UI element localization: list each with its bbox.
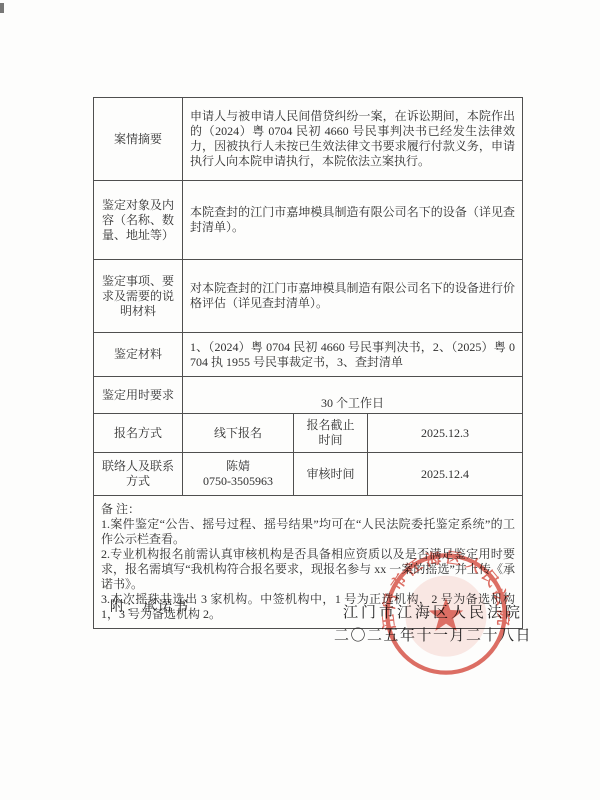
registration-method-value: 线下报名 [183,414,294,453]
contact-name: 陈婧 [190,459,286,474]
note-item-2: 2.专业机构报名前需认真审核机构是否具备相应资质以及是否满足鉴定用时要求，报名需… [101,547,515,592]
attachment-note: 附：承诺书 [110,596,190,616]
issue-date: 二〇二五年十一月二十八日 [288,624,578,648]
duration-label: 鉴定用时要求 [94,377,183,414]
appraisal-target-value: 本院查封的江门市嘉坤模具制造有限公司名下的设备（详见查封清单）。 [183,181,523,260]
case-summary-label: 案情摘要 [94,98,183,181]
note-item-1: 1.案件鉴定“公告、摇号过程、摇号结果”均可在“人民法院委托鉴定系统”的工作公示… [101,517,515,547]
notes-title: 备 注： [101,502,515,517]
appraisal-matters-value: 对本院查封的江门市嘉坤模具制造有限公司名下的设备进行价格评估（详见查封清单）。 [183,260,523,333]
contact-label: 联络人及联系方式 [94,453,183,496]
table-row: 联络人及联系方式 陈婧 0750-3505963 审核时间 2025.12.4 [94,453,523,496]
review-time-label: 审核时间 [294,453,368,496]
table-row: 鉴定用时要求 30 个工作日 [94,377,523,414]
table-row: 鉴定对象及内容（名称、数量、地址等） 本院查封的江门市嘉坤模具制造有限公司名下的… [94,181,523,260]
case-summary-value: 申请人与被申请人民间借贷纠纷一案，在诉讼期间，本院作出的（2024）粤 0704… [183,98,523,181]
table-row: 鉴定事项、要求及需要的说明材料 对本院查封的江门市嘉坤模具制造有限公司名下的设备… [94,260,523,333]
registration-deadline-label: 报名截止时间 [294,414,368,453]
duration-value: 30 个工作日 [183,377,523,414]
scanned-document-page: 案情摘要 申请人与被申请人民间借贷纠纷一案，在诉讼期间，本院作出的（2024）粤… [0,0,600,800]
scan-edge-artifact [0,3,4,13]
appraisal-notice-table: 案情摘要 申请人与被申请人民间借贷纠纷一案，在诉讼期间，本院作出的（2024）粤… [93,97,523,629]
contact-phone: 0750-3505963 [190,474,286,489]
table-row: 案情摘要 申请人与被申请人民间借贷纠纷一案，在诉讼期间，本院作出的（2024）粤… [94,98,523,181]
table-row: 鉴定材料 1、（2024）粤 0704 民初 4660 号民事判决书，2、（20… [94,333,523,377]
registration-method-label: 报名方式 [94,414,183,453]
signature-block: 江门市江海区人民法院 二〇二五年十一月二十八日 [288,602,578,648]
appraisal-matters-label: 鉴定事项、要求及需要的说明材料 [94,260,183,333]
appraisal-materials-value: 1、（2024）粤 0704 民初 4660 号民事判决书，2、（2025）粤 … [183,333,523,377]
appraisal-target-label: 鉴定对象及内容（名称、数量、地址等） [94,181,183,260]
appraisal-materials-label: 鉴定材料 [94,333,183,377]
court-name: 江门市江海区人民法院 [288,602,578,624]
table-row: 报名方式 线下报名 报名截止时间 2025.12.3 [94,414,523,453]
contact-value: 陈婧 0750-3505963 [183,453,294,496]
review-time-value: 2025.12.4 [368,453,523,496]
registration-deadline-value: 2025.12.3 [368,414,523,453]
